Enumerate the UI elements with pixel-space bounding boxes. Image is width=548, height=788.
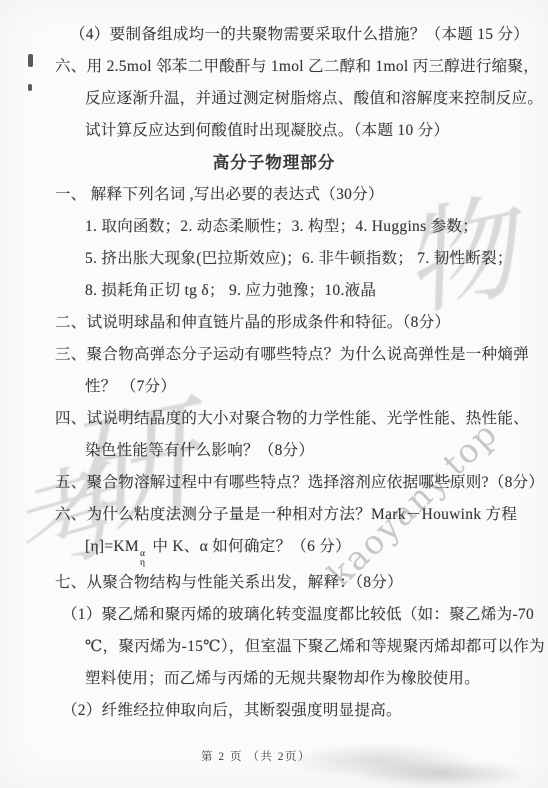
text-line: ℃，聚丙烯为-15℃），但室温下聚乙烯和等规聚丙烯却都可以作为	[0, 631, 548, 663]
text-line: 试计算反应达到何酸值时出现凝胶点。（本题 10 分）	[0, 115, 548, 147]
text-line: 三、聚合物高弹态分子运动有哪些特点？为什么说高弹性是一种熵弹	[0, 339, 548, 371]
text-line: 六、为什么粘度法测分子量是一种相对方法？Mark－Houwink 方程	[0, 499, 548, 531]
text-line: 一、 解释下列名词 ,写出必要的表达式（30分）	[0, 179, 548, 211]
document-body: （4）要制备组成均一的共聚物需要采取什么措施？（本题 15 分） 六、用 2.5…	[0, 19, 548, 727]
text-line: 七、从聚合物结构与性能关系出发，解释：（8分）	[0, 567, 548, 599]
formula-rest: 中 K、α 如何确定？（6 分）	[148, 538, 351, 555]
text-line: 1. 取向函数；2. 动态柔顺性；3. 构型；4. Huggins 参数；	[0, 211, 548, 243]
text-line: （2）纤维经拉伸取向后，其断裂强度明显提高。	[0, 695, 548, 727]
text-line: 五、聚合物溶解过程中有哪些特点？选择溶剂应依据哪些原则?（8分）	[0, 467, 548, 499]
text-line: 8. 损耗角正切 tg δ； 9. 应力弛豫；10.液晶	[0, 275, 548, 307]
text-line: 六、用 2.5mol 邻苯二甲酸酐与 1mol 乙二醇和 1mol 丙三醇进行缩…	[0, 51, 548, 83]
scanned-exam-page: 考 研 物 kaoyany.top （4）要制备组成均一的共聚物需要采取什么措施…	[0, 0, 548, 788]
text-line: 二、试说明球晶和伸直链片晶的形成条件和特征。（8分）	[0, 307, 548, 339]
text-line: 塑料使用；而乙烯与丙烯的无规共聚物却作为橡胶使用。	[0, 663, 548, 695]
text-line: 四、试说明结晶度的大小对聚合物的力学性能、光学性能、热性能、	[0, 403, 548, 435]
text-line: 5. 挤出胀大现象(巴拉斯效应)；6. 非牛顿指数； 7. 韧性断裂；	[0, 243, 548, 275]
formula-sup-sub: αη	[140, 550, 145, 567]
formula-subscript: η	[140, 559, 145, 568]
text-line: 染色性能等有什么影响？（8分）	[0, 435, 548, 467]
formula-lead: [η]=KM	[85, 538, 139, 555]
page-footer: 第 2 页 （共 2页）	[0, 748, 530, 764]
text-line: （4）要制备组成均一的共聚物需要采取什么措施？（本题 15 分）	[0, 19, 548, 51]
text-line: 反应逐渐升温，并通过测定树脂熔点、酸值和溶解度来控制反应。	[0, 83, 548, 115]
text-line: 性？ （7分）	[0, 371, 548, 403]
text-line-formula: [η]=KMαη 中 K、α 如何确定？（6 分）	[0, 531, 548, 567]
section-heading: 高分子物理部分	[0, 147, 548, 179]
scan-smudge	[355, 760, 530, 788]
text-line: （1）聚乙烯和聚丙烯的玻璃化转变温度都比较低（如：聚乙烯为-70	[0, 599, 548, 631]
